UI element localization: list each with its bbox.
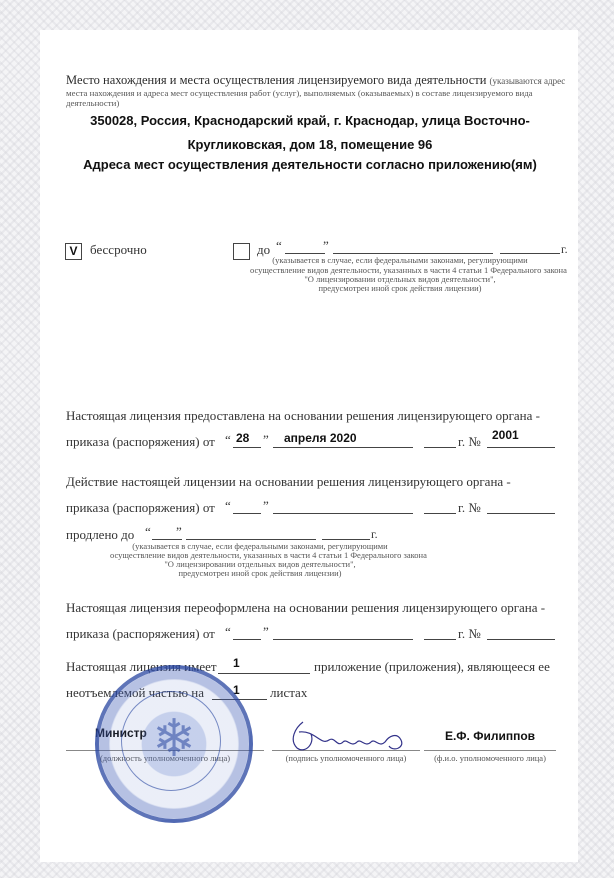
until-day-field[interactable] xyxy=(285,253,325,254)
open-quote: “ xyxy=(225,432,231,448)
location-heading-text: Место нахождения и места осуществления л… xyxy=(66,73,486,87)
location-heading-note-3: деятельности) xyxy=(66,98,119,108)
open-quote: “ xyxy=(145,524,151,540)
reissued-number-field[interactable] xyxy=(487,639,555,640)
open-quote: “ xyxy=(225,624,231,640)
granted-line-1: Настоящая лицензия предоставлена на осно… xyxy=(66,408,540,424)
signature-scribble-icon xyxy=(285,718,415,758)
extended-until-month-field[interactable] xyxy=(186,539,316,540)
reissued-number-label: г. № xyxy=(458,626,481,642)
granted-number-field[interactable] xyxy=(487,447,555,448)
appendix-line-2-suffix: листах xyxy=(270,685,307,701)
name-caption: (ф.и.о. уполномоченного лица) xyxy=(424,753,556,763)
until-year-suffix: г. xyxy=(561,242,568,257)
reissued-order-label: приказа (распоряжения) от xyxy=(66,626,215,642)
granted-month-field[interactable] xyxy=(273,447,413,448)
indefinite-label: бессрочно xyxy=(90,242,147,258)
reissued-month-field[interactable] xyxy=(273,639,413,640)
appendix-count: 1 xyxy=(233,656,240,670)
location-heading-note-2: места нахождения и адреса мест осуществл… xyxy=(66,88,533,98)
granted-order-label: приказа (распоряжения) от xyxy=(66,434,215,450)
location-heading: Место нахождения и места осуществления л… xyxy=(66,73,565,88)
until-checkbox[interactable] xyxy=(233,243,250,260)
reissued-day-field[interactable] xyxy=(233,639,261,640)
address-line-1: 350028, Россия, Краснодарский край, г. К… xyxy=(60,113,560,128)
location-heading-note: (указываются адрес xyxy=(490,76,566,86)
open-quote: “ xyxy=(225,498,231,514)
extended-month-field[interactable] xyxy=(273,513,413,514)
granted-month-year: апреля 2020 xyxy=(284,431,357,445)
extended-year-field[interactable] xyxy=(424,513,456,514)
extended-order-label: приказа (распоряжения) от xyxy=(66,500,215,516)
granted-day-field[interactable] xyxy=(233,447,261,448)
official-seal-stamp: ❄ xyxy=(95,665,253,823)
granted-number: 2001 xyxy=(492,428,519,442)
close-quote: ” xyxy=(176,524,182,540)
close-quote: ” xyxy=(263,432,269,448)
until-year-field[interactable] xyxy=(500,253,560,254)
appendix-line-1-suffix: приложение (приложения), являющееся ее xyxy=(314,659,550,675)
open-quote: “ xyxy=(276,238,282,254)
extended-note-4: предусмотрен иной срок действия лицензии… xyxy=(110,568,410,578)
close-quote: ” xyxy=(323,238,329,254)
address-line-3: Адреса мест осуществления деятельности с… xyxy=(60,157,560,172)
extended-line-1: Действие настоящей лицензии на основании… xyxy=(66,474,511,490)
signatory-name: Е.Ф. Филиппов xyxy=(424,729,556,743)
address-line-2: Кругликовская, дом 18, помещение 96 xyxy=(60,137,560,152)
granted-number-label: г. № xyxy=(458,434,481,450)
term-note-1: (указывается в случае, если федеральными… xyxy=(250,255,550,265)
extended-number-label: г. № xyxy=(458,500,481,516)
granted-day: 28 xyxy=(236,431,249,445)
extended-until-suffix: г. xyxy=(371,527,378,542)
extended-number-field[interactable] xyxy=(487,513,555,514)
term-note-4: предусмотрен иной срок действия лицензии… xyxy=(250,283,550,293)
extended-day-field[interactable] xyxy=(233,513,261,514)
granted-year-field[interactable] xyxy=(424,447,456,448)
indefinite-checkbox[interactable]: V xyxy=(65,243,82,260)
reissued-year-field[interactable] xyxy=(424,639,456,640)
name-line xyxy=(424,750,556,751)
until-month-field[interactable] xyxy=(333,253,493,254)
reissued-line-1: Настоящая лицензия переоформлена на осно… xyxy=(66,600,545,616)
signature-caption: (подпись уполномоченного лица) xyxy=(272,753,420,763)
appendix-count-field[interactable] xyxy=(218,673,310,674)
extended-until-year-field[interactable] xyxy=(322,539,370,540)
coat-of-arms-eagle-icon: ❄ xyxy=(139,704,209,774)
close-quote: ” xyxy=(263,624,269,640)
close-quote: ” xyxy=(263,498,269,514)
